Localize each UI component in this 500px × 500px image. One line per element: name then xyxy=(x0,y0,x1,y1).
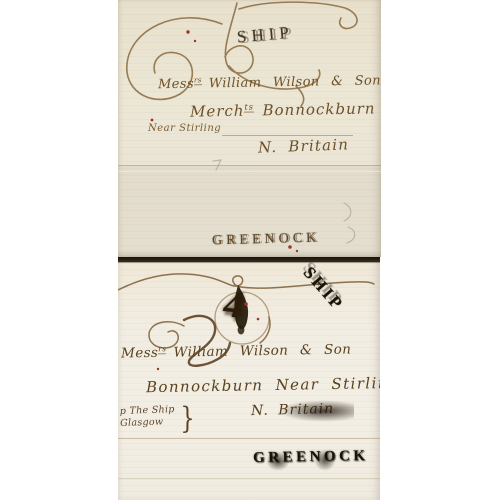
address-rest: William Wilson & Son xyxy=(173,341,351,360)
address-superscript: rs xyxy=(194,75,202,85)
manuscript-rate-mark: 4 xyxy=(222,282,245,328)
address-superscript: rs xyxy=(158,344,166,354)
endorsement-line1: p The Ship xyxy=(120,404,175,418)
address-prefix: Merch xyxy=(190,102,245,121)
address-line-recipient-top: Messrs William Wilson & Son xyxy=(158,72,381,92)
address-prefix: Mess xyxy=(158,77,194,93)
endorsement-line2: Glasgow xyxy=(120,416,175,430)
address-line-country-bottom: N. Britain xyxy=(251,401,335,419)
address-line-country-top: N. Britain xyxy=(258,135,350,156)
address-rest: William Wilson & Son xyxy=(209,73,381,91)
fold-crease-bottom-2 xyxy=(118,478,380,479)
ship-endorsement: p The Ship Glasgow xyxy=(120,404,176,430)
fold-crease-bottom xyxy=(118,438,380,439)
endorsement-brace: } xyxy=(180,401,194,436)
postal-cover-top: SHIP Messrs William Wilson & Son Merchts… xyxy=(118,0,381,257)
greenock-handstamp-top: GREENOCK xyxy=(212,231,321,250)
address-line-recipient-bottom: Messrs William Wilson & Son xyxy=(121,341,352,362)
address-prefix: Mess xyxy=(121,345,159,362)
greenock-handstamp-bottom: GREENOCK xyxy=(253,448,369,467)
address-line-merchants-top: Merchts Bonnockburn xyxy=(190,99,376,120)
ship-handstamp-top: SHIP xyxy=(236,23,294,48)
address-line-place-bottom: Bonnockburn Near Stirling xyxy=(146,374,380,396)
address-line-near-stirling-top: Near Stirling xyxy=(148,123,221,134)
photo-of-postal-covers: SHIP Messrs William Wilson & Son Merchts… xyxy=(0,0,500,500)
paper-edge-shadow xyxy=(118,257,380,263)
address-superscript: ts xyxy=(244,102,254,113)
postal-cover-bottom: SHIP 4 Messrs William Wilson & Son Bonno… xyxy=(118,257,380,500)
ship-handstamp-bottom: SHIP xyxy=(299,263,348,315)
address-rest: Bonnockburn xyxy=(262,99,375,119)
